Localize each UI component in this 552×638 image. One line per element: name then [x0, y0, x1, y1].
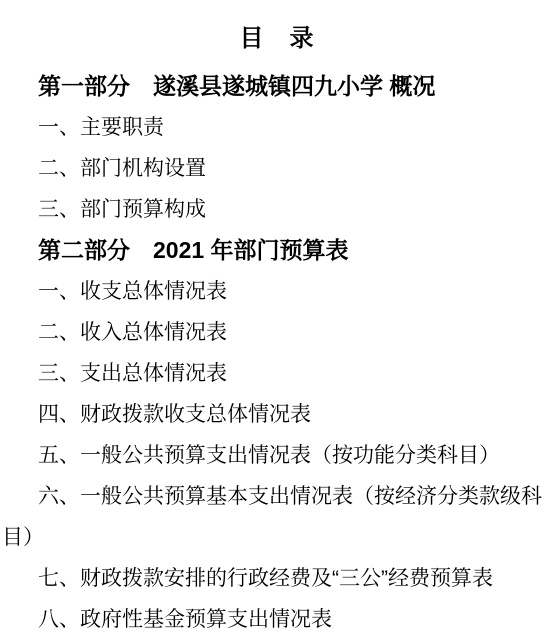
toc-item: 三、部门预算构成 [2, 189, 552, 230]
toc-item: 六、一般公共预算基本支出情况表（按经济分类款级科目） [2, 476, 552, 558]
toc-item: 四、财政拨款收支总体情况表 [2, 394, 552, 435]
toc-item: 二、部门机构设置 [2, 148, 552, 189]
section-heading-part1: 第一部分 遂溪县遂城镇四九小学 概况 [2, 66, 552, 107]
toc-item: 一、主要职责 [2, 107, 552, 148]
page-title: 目 录 [2, 12, 552, 66]
toc-item: 八、政府性基金预算支出情况表 [2, 599, 552, 638]
section-heading-part2: 第二部分 2021 年部门预算表 [2, 230, 552, 271]
toc-item: 一、收支总体情况表 [2, 271, 552, 312]
toc-item: 三、支出总体情况表 [2, 353, 552, 394]
toc-item: 七、财政拨款安排的行政经费及“三公”经费预算表 [2, 558, 552, 599]
toc-item: 五、一般公共预算支出情况表（按功能分类科目） [2, 435, 552, 476]
toc-page: 目 录 第一部分 遂溪县遂城镇四九小学 概况 一、主要职责 二、部门机构设置 三… [0, 0, 552, 638]
toc-item: 二、收入总体情况表 [2, 312, 552, 353]
